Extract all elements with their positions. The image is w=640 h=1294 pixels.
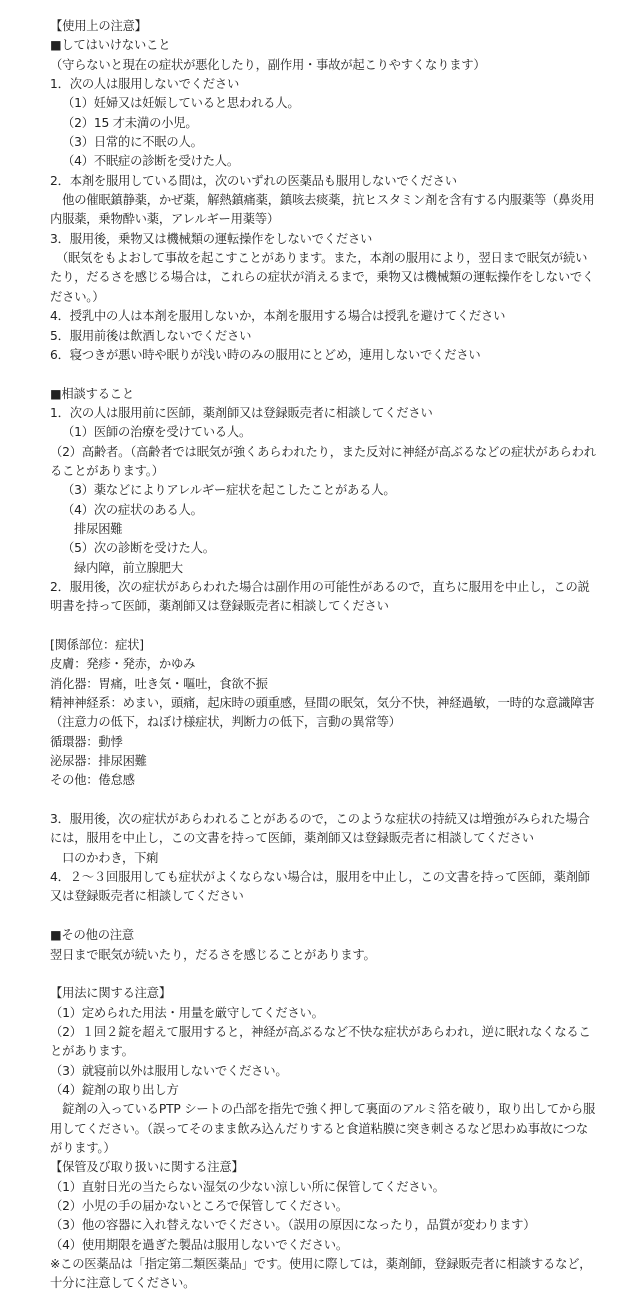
dont-item-1-sub: （2）15 才未満の小児。 (50, 114, 598, 133)
dont-item-2: 2．本剤を服用している間は，次のいずれの医薬品も服用しないでください (50, 172, 598, 191)
dont-item-1-sub: （3）日常的に不眠の人。 (50, 133, 598, 152)
consult-item-1-sub: （2）高齢者。（高齢者では眠気が強くあらわれたり，また反対に神経が高ぶるなどの症… (50, 443, 598, 482)
consult-item-1-sub: （3）薬などによりアレルギー症状を起こしたことがある人。 (50, 481, 598, 500)
heading-other: ■その他の注意 (50, 926, 598, 945)
consult-item-2: 2．服用後，次の症状があらわれた場合は副作用の可能性があるので，直ちに服用を中止… (50, 578, 598, 617)
dont-item-1-sub: （1）妊婦又は妊娠していると思われる人。 (50, 94, 598, 113)
symptom-row: 精神神経系：めまい，頭痛，起床時の頭重感，昼間の眠気，気分不快，神経過敏，一時的… (50, 694, 598, 733)
symptom-row: 循環器：動悸 (50, 733, 598, 752)
dont-item-3: 3．服用後，乗物又は機械類の運転操作をしないでください (50, 230, 598, 249)
consult-item-3: 3．服用後，次の症状があらわれることがあるので，このような症状の持続又は増強がみ… (50, 810, 598, 849)
spacer (50, 365, 598, 384)
consult-item-1-sub: （5）次の診断を受けた人。 (50, 539, 598, 558)
heading-usage: 【用法に関する注意】 (50, 984, 598, 1003)
heading-storage: 【保管及び取り扱いに関する注意】 (50, 1158, 598, 1177)
other-text: 翌日まで眠気が続いたり，だるさを感じることがあります。 (50, 946, 598, 965)
usage-item: （1）定められた用法・用量を厳守してください。 (50, 1004, 598, 1023)
consult-item-3-detail: 口のかわき，下痢 (50, 849, 598, 868)
symptom-row: 消化器：胃痛，吐き気・嘔吐，食欲不振 (50, 675, 598, 694)
section-title-precautions: 【使用上の注意】 (50, 17, 598, 36)
consult-item-4: 4．２～３回服用しても症状がよくならない場合は，服用を中止し，この文書を持って医… (50, 868, 598, 907)
dont-item-5: 5．服用前後は飲酒しないでください (50, 327, 598, 346)
package-insert-document: 【使用上の注意】 ■してはいけないこと （守らないと現在の症状が悪化したり，副作… (50, 17, 598, 1217)
symptom-row: 皮膚：発疹・発赤，かゆみ (50, 655, 598, 674)
usage-item: （2）１回２錠を超えて服用すると，神経が高ぶるなど不快な症状があらわれ，逆に眠れ… (50, 1023, 598, 1062)
dont-item-6: 6．寝つきが悪い時や眠りが浅い時のみの服用にとどめ，連用しないでください (50, 346, 598, 365)
heading-dont: ■してはいけないこと (50, 36, 598, 55)
consult-item-1-sub-detail: 緑内障，前立腺肥大 (50, 559, 598, 578)
dont-item-2-detail: 他の催眠鎮静薬，かぜ薬，解熱鎮痛薬，鎮咳去痰薬，抗ヒスタミン剤を含有する内服薬等… (50, 191, 598, 230)
consult-item-1-sub: （4）次の症状のある人。 (50, 501, 598, 520)
spacer (50, 907, 598, 926)
symptom-row: その他：倦怠感 (50, 771, 598, 790)
consult-item-1-sub: （1）医師の治療を受けている人。 (50, 423, 598, 442)
dont-item-1: 1．次の人は服用しないでください (50, 75, 598, 94)
heading-consult: ■相談すること (50, 385, 598, 404)
usage-item-4-detail: 錠剤の入っているPTP シートの凸部を指先で強く押して裏面のアルミ箔を破り，取り… (50, 1100, 598, 1158)
usage-item: （3）就寝前以外は服用しないでください。 (50, 1062, 598, 1081)
dont-item-4: 4．授乳中の人は本剤を服用しないか，本剤を服用する場合は授乳を避けてください (50, 307, 598, 326)
symptom-table-header: [関係部位：症状] (50, 636, 598, 655)
spacer (50, 791, 598, 810)
dont-item-1-sub: （4）不眠症の診断を受けた人。 (50, 152, 598, 171)
spacer (50, 965, 598, 984)
spacer (50, 617, 598, 636)
symptom-row: 泌尿器：排尿困難 (50, 752, 598, 771)
dont-item-3-detail: （眠気をもよおして事故を起こすことがあります。また，本剤の服用により，翌日まで眠… (50, 249, 598, 307)
consult-item-1: 1．次の人は服用前に医師，薬剤師又は登録販売者に相談してください (50, 404, 598, 423)
usage-item: （4）錠剤の取り出し方 (50, 1081, 598, 1100)
storage-item: （2）小児の手の届かないところで保管してください。 (50, 1197, 598, 1216)
dont-note: （守らないと現在の症状が悪化したり，副作用・事故が起こりやすくなります） (50, 56, 598, 75)
storage-item: （1）直射日光の当たらない湿気の少ない涼しい所に保管してください。 (50, 1178, 598, 1197)
consult-item-1-sub-detail: 排尿困難 (50, 520, 598, 539)
